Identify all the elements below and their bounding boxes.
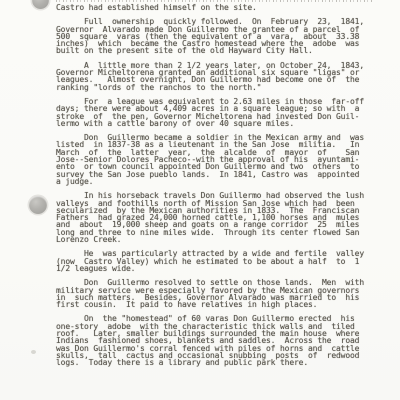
paragraph-league-equivalent: For a league was equivalent to 2.63 mile…	[56, 98, 386, 127]
paragraph-micheltorena-grant: A little more than 2 1/2 years later, on…	[56, 62, 386, 91]
paragraph-soldier-militia: Don Guillermo became a soldier in the Me…	[56, 134, 386, 185]
scan-smudge	[31, 350, 36, 354]
paragraph-horseback-travels: In his horseback travels Don Guillermo h…	[56, 192, 386, 243]
paragraph-full-ownership: Full ownership quickly followed. On Febr…	[56, 18, 386, 54]
paragraph-homestead-adobe: On the "homestead" of 60 varas Don Guill…	[56, 315, 386, 366]
paragraph-fertile-valley: He was particularly attracted by a wide …	[56, 250, 386, 272]
hole-punch-top	[32, 0, 49, 9]
paragraph-castro-site: Castro had established himself on the si…	[56, 4, 386, 11]
typewritten-text-block: Castro had established himself on the si…	[56, 0, 386, 373]
hole-punch-middle	[29, 196, 47, 214]
scanned-page: Castro had established himself on the si…	[0, 0, 400, 400]
paragraph-resolved-to-settle: Don Guillermo resolved to settle on thos…	[56, 279, 386, 308]
clipped-line-fragment	[56, 0, 374, 2]
